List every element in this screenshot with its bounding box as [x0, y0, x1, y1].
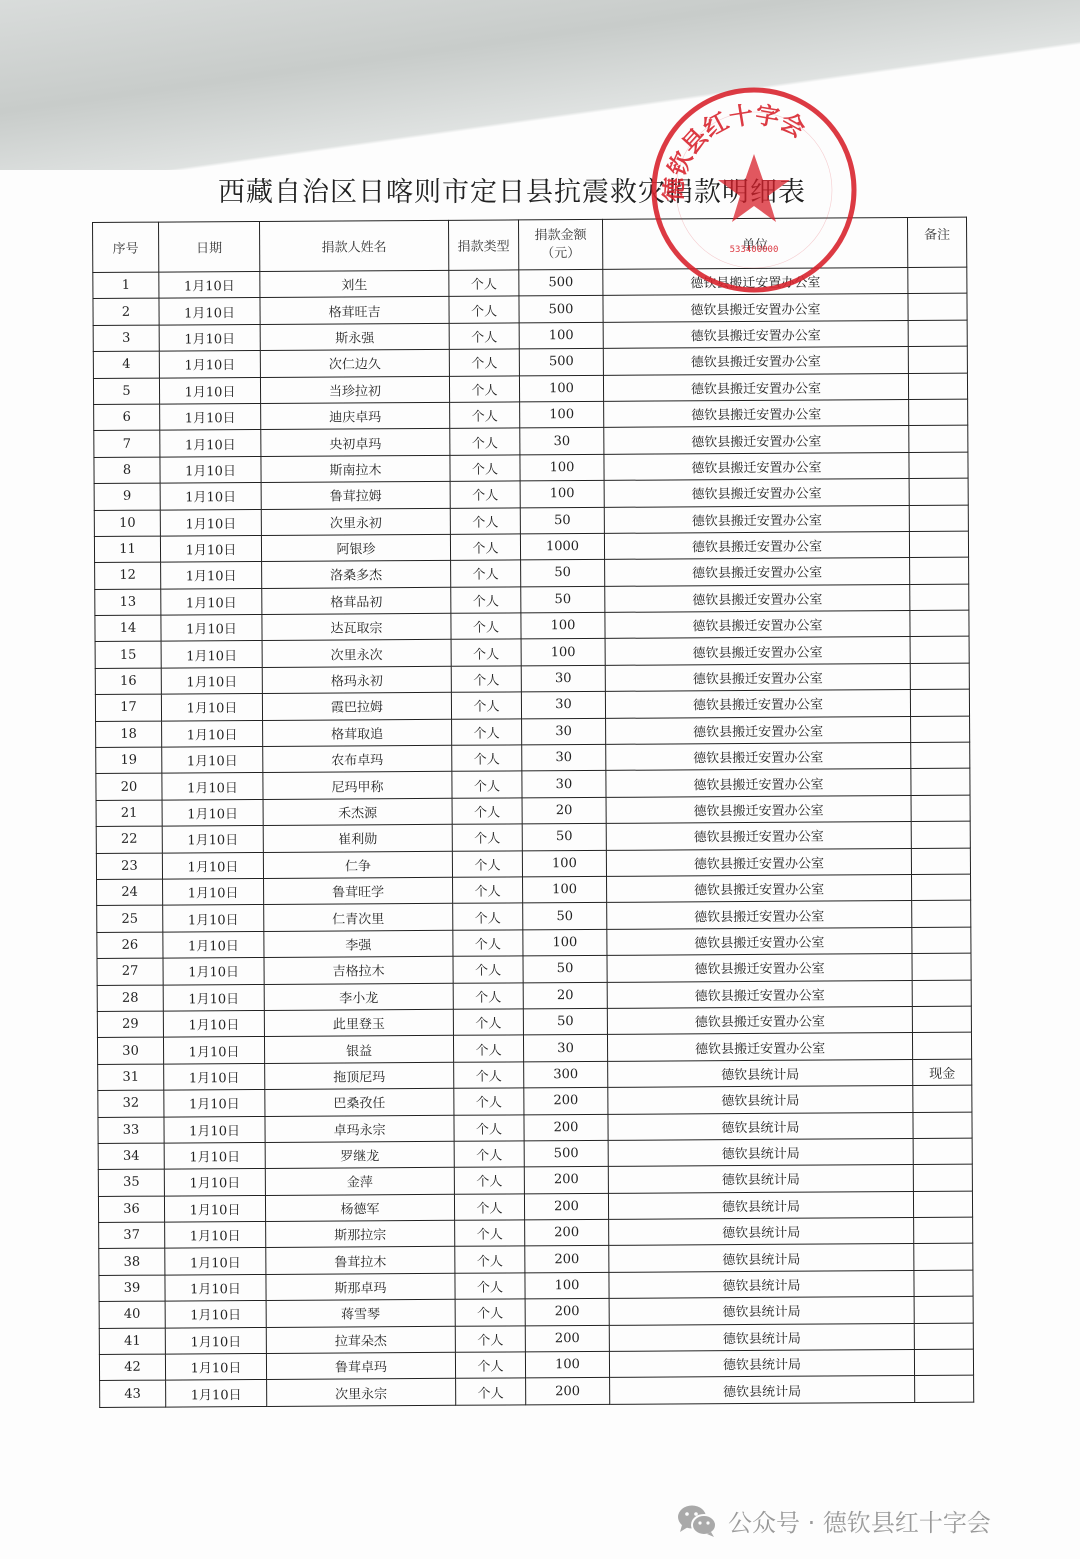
donor-unit: 德钦县搬迁安置办公室 — [605, 690, 910, 718]
donor-unit: 德钦县统计局 — [608, 1112, 913, 1140]
donation-date: 1月10日 — [161, 562, 262, 589]
donation-amount: 1000 — [520, 533, 604, 560]
remark — [911, 742, 970, 769]
remark — [911, 795, 970, 822]
donation-type: 个人 — [451, 666, 521, 693]
row-number: 22 — [96, 826, 162, 853]
donor-name: 斯那卓玛 — [266, 1273, 455, 1301]
donor-unit: 德钦县统计局 — [610, 1376, 915, 1404]
row-number: 18 — [96, 721, 162, 748]
donation-amount: 30 — [522, 771, 606, 798]
donor-name: 农布卓玛 — [263, 745, 452, 773]
row-number: 29 — [97, 1011, 163, 1038]
donation-type: 个人 — [452, 824, 522, 851]
donation-type: 个人 — [455, 1325, 525, 1352]
donation-amount: 100 — [521, 639, 605, 666]
donor-name: 斯那拉宗 — [266, 1220, 455, 1248]
table-body: 11月10日刘生个人500德钦县搬迁安置办公室21月10日格茸旺吉个人500德钦… — [93, 267, 974, 1407]
donation-type: 个人 — [453, 982, 523, 1009]
paper-fold-shadow — [0, 0, 1080, 170]
remark — [912, 1006, 971, 1033]
row-number: 41 — [99, 1328, 165, 1355]
donation-date: 1月10日 — [165, 1222, 266, 1249]
donor-name: 格茸旺吉 — [260, 297, 449, 325]
donation-amount: 100 — [525, 1351, 609, 1378]
donation-date: 1月10日 — [162, 826, 263, 853]
donation-amount: 30 — [520, 428, 604, 455]
remark — [910, 663, 969, 690]
donation-date: 1月10日 — [163, 1037, 264, 1064]
donor-name: 蒋雪琴 — [266, 1300, 455, 1328]
donor-unit: 德钦县搬迁安置办公室 — [606, 822, 911, 850]
remark — [914, 1270, 973, 1297]
donation-amount: 300 — [524, 1061, 608, 1088]
donation-date: 1月10日 — [164, 1195, 265, 1222]
donation-date: 1月10日 — [161, 641, 262, 668]
donation-date: 1月10日 — [161, 667, 262, 694]
donor-name: 罗继龙 — [265, 1141, 454, 1169]
donation-date: 1月10日 — [164, 1142, 265, 1169]
donor-name: 鲁茸拉木 — [266, 1247, 455, 1275]
donation-date: 1月10日 — [163, 984, 264, 1011]
remark — [911, 821, 970, 848]
remark — [908, 267, 967, 294]
donation-date: 1月10日 — [163, 958, 264, 985]
remark — [909, 399, 968, 426]
donation-amount: 200 — [524, 1193, 608, 1220]
remark — [914, 1217, 973, 1244]
donor-unit: 德钦县搬迁安置办公室 — [606, 848, 911, 876]
donation-amount: 50 — [523, 1008, 607, 1035]
remark — [910, 557, 969, 584]
row-number: 1 — [93, 272, 159, 299]
donation-type: 个人 — [455, 1220, 525, 1247]
row-number: 12 — [95, 562, 161, 589]
row-number: 8 — [94, 457, 160, 484]
donor-unit: 德钦县搬迁安置办公室 — [603, 268, 908, 296]
donor-unit: 德钦县搬迁安置办公室 — [604, 426, 909, 454]
row-number: 3 — [93, 325, 159, 352]
donor-name: 吉格拉木 — [264, 956, 453, 984]
remark — [913, 1191, 972, 1218]
donor-unit: 德钦县统计局 — [609, 1350, 914, 1378]
row-number: 32 — [98, 1090, 164, 1117]
donation-type: 个人 — [449, 375, 519, 402]
donation-type: 个人 — [452, 719, 522, 746]
donor-unit: 德钦县统计局 — [609, 1297, 914, 1325]
donation-date: 1月10日 — [165, 1353, 266, 1380]
donor-name: 斯永强 — [260, 323, 449, 351]
remark — [911, 716, 970, 743]
donation-amount: 500 — [519, 349, 603, 376]
donor-unit: 德钦县统计局 — [609, 1218, 914, 1246]
donor-unit: 德钦县搬迁安置办公室 — [607, 1033, 912, 1061]
header-remark: 备注 — [907, 217, 966, 267]
donation-type: 个人 — [453, 1035, 523, 1062]
remark — [908, 373, 967, 400]
donation-date: 1月10日 — [160, 535, 261, 562]
header-amount: 捐款金额 （元） — [518, 219, 602, 270]
donation-type: 个人 — [449, 349, 519, 376]
donation-date: 1月10日 — [163, 1010, 264, 1037]
donation-date: 1月10日 — [160, 430, 261, 457]
header-amount-unit: （元） — [519, 244, 602, 263]
donor-unit: 德钦县搬迁安置办公室 — [606, 795, 911, 823]
donation-type: 个人 — [450, 455, 520, 482]
remark — [912, 1032, 971, 1059]
table-row: 431月10日次里永宗个人200德钦县统计局 — [100, 1376, 974, 1408]
remark — [908, 320, 967, 347]
donation-amount: 50 — [523, 956, 607, 983]
donation-type: 个人 — [454, 1114, 524, 1141]
donor-name: 银益 — [264, 1036, 453, 1064]
donation-date: 1月10日 — [163, 905, 264, 932]
donation-date: 1月10日 — [165, 1327, 266, 1354]
donor-unit: 德钦县统计局 — [608, 1191, 913, 1219]
remark — [912, 874, 971, 901]
donation-date: 1月10日 — [166, 1380, 267, 1407]
remark — [914, 1296, 973, 1323]
row-number: 36 — [98, 1196, 164, 1223]
donation-amount: 100 — [519, 322, 603, 349]
remark — [914, 1349, 973, 1376]
donor-name: 格茸取追 — [263, 719, 452, 747]
row-number: 28 — [97, 985, 163, 1012]
donor-unit: 德钦县搬迁安置办公室 — [606, 716, 911, 744]
donation-date: 1月10日 — [162, 746, 263, 773]
donation-date: 1月10日 — [159, 298, 260, 325]
donor-name: 鲁茸拉姆 — [261, 481, 450, 509]
donor-unit: 德钦县搬迁安置办公室 — [607, 901, 912, 929]
donation-amount: 200 — [525, 1246, 609, 1273]
donation-amount: 100 — [523, 929, 607, 956]
donation-amount: 50 — [521, 586, 605, 613]
donation-type: 个人 — [455, 1299, 525, 1326]
donor-unit: 德钦县搬迁安置办公室 — [604, 452, 909, 480]
row-number: 14 — [95, 615, 161, 642]
row-number: 9 — [94, 483, 160, 510]
donation-type: 个人 — [454, 1088, 524, 1115]
donation-type: 个人 — [449, 270, 519, 297]
donation-amount: 200 — [526, 1378, 610, 1405]
row-number: 27 — [97, 958, 163, 985]
donation-type: 个人 — [450, 428, 520, 455]
donation-amount: 200 — [525, 1219, 609, 1246]
donation-type: 个人 — [451, 560, 521, 587]
row-number: 7 — [94, 430, 160, 457]
row-number: 24 — [97, 879, 163, 906]
donation-amount: 100 — [520, 481, 604, 508]
donation-amount: 50 — [521, 560, 605, 587]
row-number: 37 — [99, 1222, 165, 1249]
donor-name: 达瓦取宗 — [262, 613, 451, 641]
donation-date: 1月10日 — [159, 324, 260, 351]
donor-name: 阿银珍 — [261, 534, 450, 562]
donation-amount: 50 — [523, 903, 607, 930]
remark — [914, 1323, 973, 1350]
donation-type: 个人 — [454, 1141, 524, 1168]
remark — [915, 1376, 974, 1403]
header-date: 日期 — [159, 221, 260, 272]
donation-date: 1月10日 — [164, 1169, 265, 1196]
row-number: 4 — [93, 351, 159, 378]
remark — [909, 425, 968, 452]
donor-name: 次里永初 — [261, 508, 450, 536]
remark — [913, 1164, 972, 1191]
donor-unit: 德钦县搬迁安置办公室 — [604, 531, 909, 559]
donor-name: 斯南拉木 — [261, 455, 450, 483]
donor-unit: 德钦县统计局 — [609, 1244, 914, 1272]
header-no: 序号 — [93, 222, 159, 272]
donor-name: 仁青次里 — [264, 904, 453, 932]
row-number: 6 — [94, 404, 160, 431]
donor-unit: 德钦县搬迁安置办公室 — [607, 1006, 912, 1034]
donor-name: 次里永次 — [262, 640, 451, 668]
table-header-row: 序号 日期 捐款人姓名 捐款类型 捐款金额 （元） 单位 备注 — [93, 217, 967, 272]
remark — [909, 478, 968, 505]
remark — [913, 1112, 972, 1139]
donation-type: 个人 — [452, 745, 522, 772]
donation-date: 1月10日 — [162, 720, 263, 747]
donation-amount: 500 — [519, 296, 603, 323]
row-number: 21 — [96, 800, 162, 827]
row-number: 20 — [96, 774, 162, 801]
donation-amount: 100 — [520, 401, 604, 428]
donor-name: 格玛永初 — [262, 666, 451, 694]
donation-type: 个人 — [455, 1246, 525, 1273]
donor-name: 洛桑多杰 — [262, 561, 451, 589]
header-unit: 单位 — [602, 218, 907, 270]
donor-name: 次仁边久 — [260, 349, 449, 377]
donor-unit: 德钦县搬迁安置办公室 — [605, 637, 910, 665]
remark — [909, 505, 968, 532]
donor-name: 禾杰源 — [263, 798, 452, 826]
donation-type: 个人 — [449, 323, 519, 350]
wechat-account-watermark: 公众号 · 德钦县红十字会 — [676, 1500, 991, 1540]
donation-date: 1月10日 — [165, 1274, 266, 1301]
row-number: 39 — [99, 1275, 165, 1302]
donation-amount: 20 — [522, 797, 606, 824]
row-number: 38 — [99, 1249, 165, 1276]
donation-type: 个人 — [452, 771, 522, 798]
donation-type: 个人 — [453, 877, 523, 904]
remark — [910, 610, 969, 637]
donation-amount: 100 — [520, 454, 604, 481]
donor-unit: 德钦县统计局 — [608, 1138, 913, 1166]
row-number: 43 — [100, 1380, 166, 1407]
wechat-icon — [676, 1503, 718, 1537]
remark — [908, 346, 967, 373]
donor-unit: 德钦县搬迁安置办公室 — [607, 954, 912, 982]
remark — [914, 1244, 973, 1271]
donation-amount: 30 — [521, 692, 605, 719]
donation-type: 个人 — [453, 930, 523, 957]
row-number: 17 — [95, 694, 161, 721]
donation-date: 1月10日 — [163, 931, 264, 958]
donation-amount: 100 — [525, 1272, 609, 1299]
row-number: 13 — [95, 589, 161, 616]
donor-name: 鲁茸旺学 — [264, 877, 453, 905]
donor-unit: 德钦县搬迁安置办公室 — [605, 611, 910, 639]
donation-date: 1月10日 — [161, 588, 262, 615]
donation-amount: 200 — [524, 1167, 608, 1194]
donation-date: 1月10日 — [162, 773, 263, 800]
donor-unit: 德钦县统计局 — [608, 1165, 913, 1193]
donation-amount: 30 — [522, 718, 606, 745]
donor-unit: 德钦县搬迁安置办公室 — [605, 558, 910, 586]
donation-amount: 20 — [523, 982, 607, 1009]
donor-unit: 德钦县统计局 — [609, 1323, 914, 1351]
remark — [913, 1085, 972, 1112]
remark — [909, 452, 968, 479]
row-number: 11 — [94, 536, 160, 563]
row-number: 19 — [96, 747, 162, 774]
donor-name: 巴桑孜任 — [265, 1088, 454, 1116]
donation-date: 1月10日 — [164, 1090, 265, 1117]
donor-unit: 德钦县搬迁安置办公室 — [603, 373, 908, 401]
remark — [910, 637, 969, 664]
donation-type: 个人 — [453, 956, 523, 983]
donation-date: 1月10日 — [163, 878, 264, 905]
donor-unit: 德钦县搬迁安置办公室 — [603, 347, 908, 375]
donor-unit: 德钦县搬迁安置办公室 — [604, 399, 909, 427]
donation-table: 序号 日期 捐款人姓名 捐款类型 捐款金额 （元） 单位 备注 11月10日刘生… — [92, 217, 974, 1408]
donor-unit: 德钦县统计局 — [608, 1086, 913, 1114]
donor-name: 刘生 — [260, 270, 449, 298]
donor-name: 格茸品初 — [262, 587, 451, 615]
row-number: 42 — [99, 1354, 165, 1381]
donation-type: 个人 — [454, 1167, 524, 1194]
donation-type: 个人 — [452, 850, 522, 877]
donor-name: 当珍拉初 — [260, 376, 449, 404]
remark — [908, 294, 967, 321]
donation-amount: 100 — [521, 612, 605, 639]
donation-date: 1月10日 — [160, 509, 261, 536]
donor-name: 杨德军 — [265, 1194, 454, 1222]
donation-type: 个人 — [455, 1352, 525, 1379]
row-number: 10 — [94, 510, 160, 537]
donation-amount: 200 — [525, 1299, 609, 1326]
row-number: 15 — [95, 642, 161, 669]
donor-name: 金萍 — [265, 1168, 454, 1196]
donor-unit: 德钦县搬迁安置办公室 — [607, 874, 912, 902]
row-number: 25 — [97, 905, 163, 932]
donation-type: 个人 — [455, 1273, 525, 1300]
remark — [912, 901, 971, 928]
donor-unit: 德钦县搬迁安置办公室 — [607, 927, 912, 955]
donor-name: 拉茸朵杰 — [266, 1326, 455, 1354]
row-number: 2 — [93, 298, 159, 325]
donation-type: 个人 — [451, 692, 521, 719]
donor-unit: 德钦县统计局 — [609, 1270, 914, 1298]
wechat-account-label: 公众号 · 德钦县红十字会 — [728, 1503, 991, 1538]
donation-date: 1月10日 — [160, 456, 261, 483]
donor-unit: 德钦县搬迁安置办公室 — [604, 479, 909, 507]
donation-type: 个人 — [456, 1378, 526, 1405]
donor-name: 崔利勋 — [263, 825, 452, 853]
row-number: 23 — [96, 853, 162, 880]
donation-date: 1月10日 — [161, 694, 262, 721]
donor-unit: 德钦县搬迁安置办公室 — [607, 980, 912, 1008]
donor-unit: 德钦县搬迁安置办公室 — [603, 320, 908, 348]
row-number: 40 — [99, 1301, 165, 1328]
donor-unit: 德钦县搬迁安置办公室 — [606, 769, 911, 797]
header-amount-label: 捐款金额 — [519, 226, 602, 245]
donation-date: 1月10日 — [161, 615, 262, 642]
row-number: 34 — [98, 1143, 164, 1170]
row-number: 5 — [93, 378, 159, 405]
donation-date: 1月10日 — [159, 351, 260, 378]
donation-date: 1月10日 — [165, 1248, 266, 1275]
donation-type: 个人 — [454, 1062, 524, 1089]
donation-type: 个人 — [450, 507, 520, 534]
donor-name: 拖顶尼玛 — [265, 1062, 454, 1090]
donation-amount: 30 — [523, 1035, 607, 1062]
donation-type: 个人 — [451, 639, 521, 666]
donation-amount: 30 — [522, 744, 606, 771]
remark — [909, 531, 968, 558]
donor-name: 仁争 — [263, 851, 452, 879]
donation-amount: 500 — [519, 269, 603, 296]
remark — [912, 980, 971, 1007]
donation-type: 个人 — [450, 402, 520, 429]
donor-unit: 德钦县搬迁安置办公室 — [605, 584, 910, 612]
donation-amount: 200 — [524, 1087, 608, 1114]
remark — [911, 848, 970, 875]
donor-unit: 德钦县搬迁安置办公室 — [604, 505, 909, 533]
document-title: 西藏自治区日喀则市定日县抗震救灾捐款明细表 — [218, 170, 878, 209]
donation-type: 个人 — [450, 481, 520, 508]
donation-type: 个人 — [451, 613, 521, 640]
remark — [912, 953, 971, 980]
donation-date: 1月10日 — [164, 1063, 265, 1090]
donor-name: 央初卓玛 — [261, 429, 450, 457]
donation-amount: 500 — [524, 1140, 608, 1167]
donation-date: 1月10日 — [162, 852, 263, 879]
remark: 现金 — [913, 1059, 972, 1086]
remark — [911, 769, 970, 796]
donation-date: 1月10日 — [162, 799, 263, 826]
donation-amount: 200 — [524, 1114, 608, 1141]
donation-type: 个人 — [450, 534, 520, 561]
donation-type: 个人 — [453, 1009, 523, 1036]
donation-date: 1月10日 — [160, 483, 261, 510]
donor-name: 卓玛永宗 — [265, 1115, 454, 1143]
donation-date: 1月10日 — [159, 377, 260, 404]
row-number: 16 — [95, 668, 161, 695]
donor-name: 李强 — [264, 930, 453, 958]
donation-type: 个人 — [452, 798, 522, 825]
donation-type: 个人 — [449, 296, 519, 323]
remark — [913, 1138, 972, 1165]
donation-amount: 200 — [525, 1325, 609, 1352]
donor-name: 尼玛甲称 — [263, 772, 452, 800]
row-number: 33 — [98, 1117, 164, 1144]
donor-name: 李小龙 — [264, 983, 453, 1011]
donor-unit: 德钦县搬迁安置办公室 — [603, 294, 908, 322]
donation-amount: 100 — [523, 876, 607, 903]
donor-unit: 德钦县搬迁安置办公室 — [605, 663, 910, 691]
donor-name: 此里登玉 — [264, 1009, 453, 1037]
donor-name: 霞巴拉姆 — [262, 693, 451, 721]
donor-unit: 德钦县搬迁安置办公室 — [606, 743, 911, 771]
row-number: 26 — [97, 932, 163, 959]
donation-type: 个人 — [453, 903, 523, 930]
donation-amount: 50 — [522, 824, 606, 851]
donation-date: 1月10日 — [164, 1116, 265, 1143]
donation-amount: 100 — [519, 375, 603, 402]
donation-date: 1月10日 — [165, 1301, 266, 1328]
